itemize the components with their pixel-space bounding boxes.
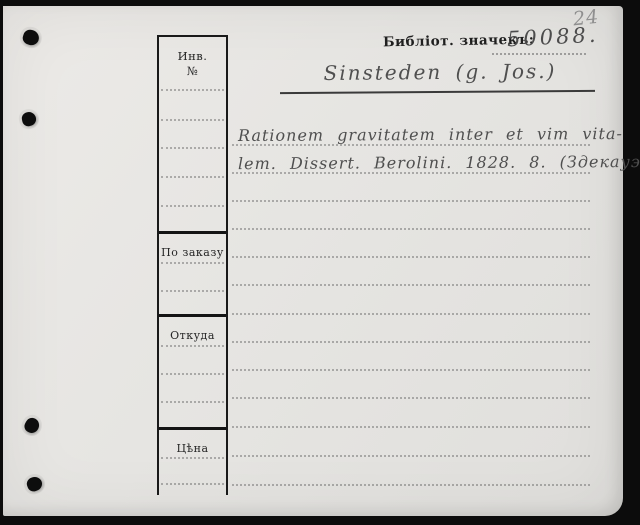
- label-inventory-line2: №: [187, 64, 198, 78]
- ruled-line: [232, 484, 590, 486]
- section-divider: [159, 314, 226, 317]
- label-inventory: Инв. №: [159, 49, 226, 79]
- ruled-line: [161, 262, 224, 264]
- ruled-line: [232, 284, 590, 286]
- stamp-number: 50088.: [506, 23, 599, 52]
- ruled-line: [161, 119, 224, 121]
- ruled-line: [161, 457, 224, 459]
- body-line: Rationem gravitatem inter et vim vita-: [238, 124, 623, 145]
- scan-background: 24 Библіот. значекъ: 50088. Sinsteden (g…: [0, 0, 640, 525]
- ruled-line: [161, 373, 224, 375]
- label-inventory-line1: Инв.: [178, 49, 208, 63]
- ruled-line: [161, 89, 224, 91]
- ruled-line: [232, 369, 590, 371]
- hole-punch: [22, 416, 42, 436]
- ruled-line: [161, 290, 224, 292]
- label-by-order: По заказу: [159, 245, 226, 260]
- ruled-line: [232, 256, 590, 258]
- hole-punch: [21, 111, 38, 128]
- ruled-line: [232, 426, 590, 428]
- ruled-line: [232, 200, 590, 202]
- ruled-line: [232, 313, 590, 315]
- form-column: Инв. № По заказу Откуда Цѣна: [157, 35, 228, 495]
- ruled-line: [161, 345, 224, 347]
- body-line: lem. Dissert. Berolini. 1828. 8. (Здекау…: [238, 152, 640, 173]
- ruled-line: [232, 172, 590, 174]
- title-underline: [280, 90, 595, 94]
- ruled-line: [161, 147, 224, 149]
- ruled-line: [232, 144, 590, 146]
- ruled-line: [232, 341, 590, 343]
- hole-punch: [21, 28, 41, 47]
- stamp-underline: [492, 53, 586, 55]
- section-divider: [159, 231, 226, 234]
- ruled-line: [161, 205, 224, 207]
- catalog-card: 24 Библіот. значекъ: 50088. Sinsteden (g…: [3, 6, 623, 516]
- section-divider: [159, 427, 226, 430]
- hole-punch: [25, 475, 44, 493]
- card-title: Sinsteden (g. Jos.): [280, 59, 600, 86]
- ruled-line: [232, 228, 590, 230]
- ruled-line: [232, 397, 590, 399]
- ruled-line: [161, 483, 224, 485]
- ruled-line: [161, 176, 224, 178]
- label-origin: Откуда: [159, 328, 226, 343]
- label-price: Цѣна: [159, 441, 226, 456]
- ruled-line: [161, 401, 224, 403]
- ruled-line: [232, 455, 590, 457]
